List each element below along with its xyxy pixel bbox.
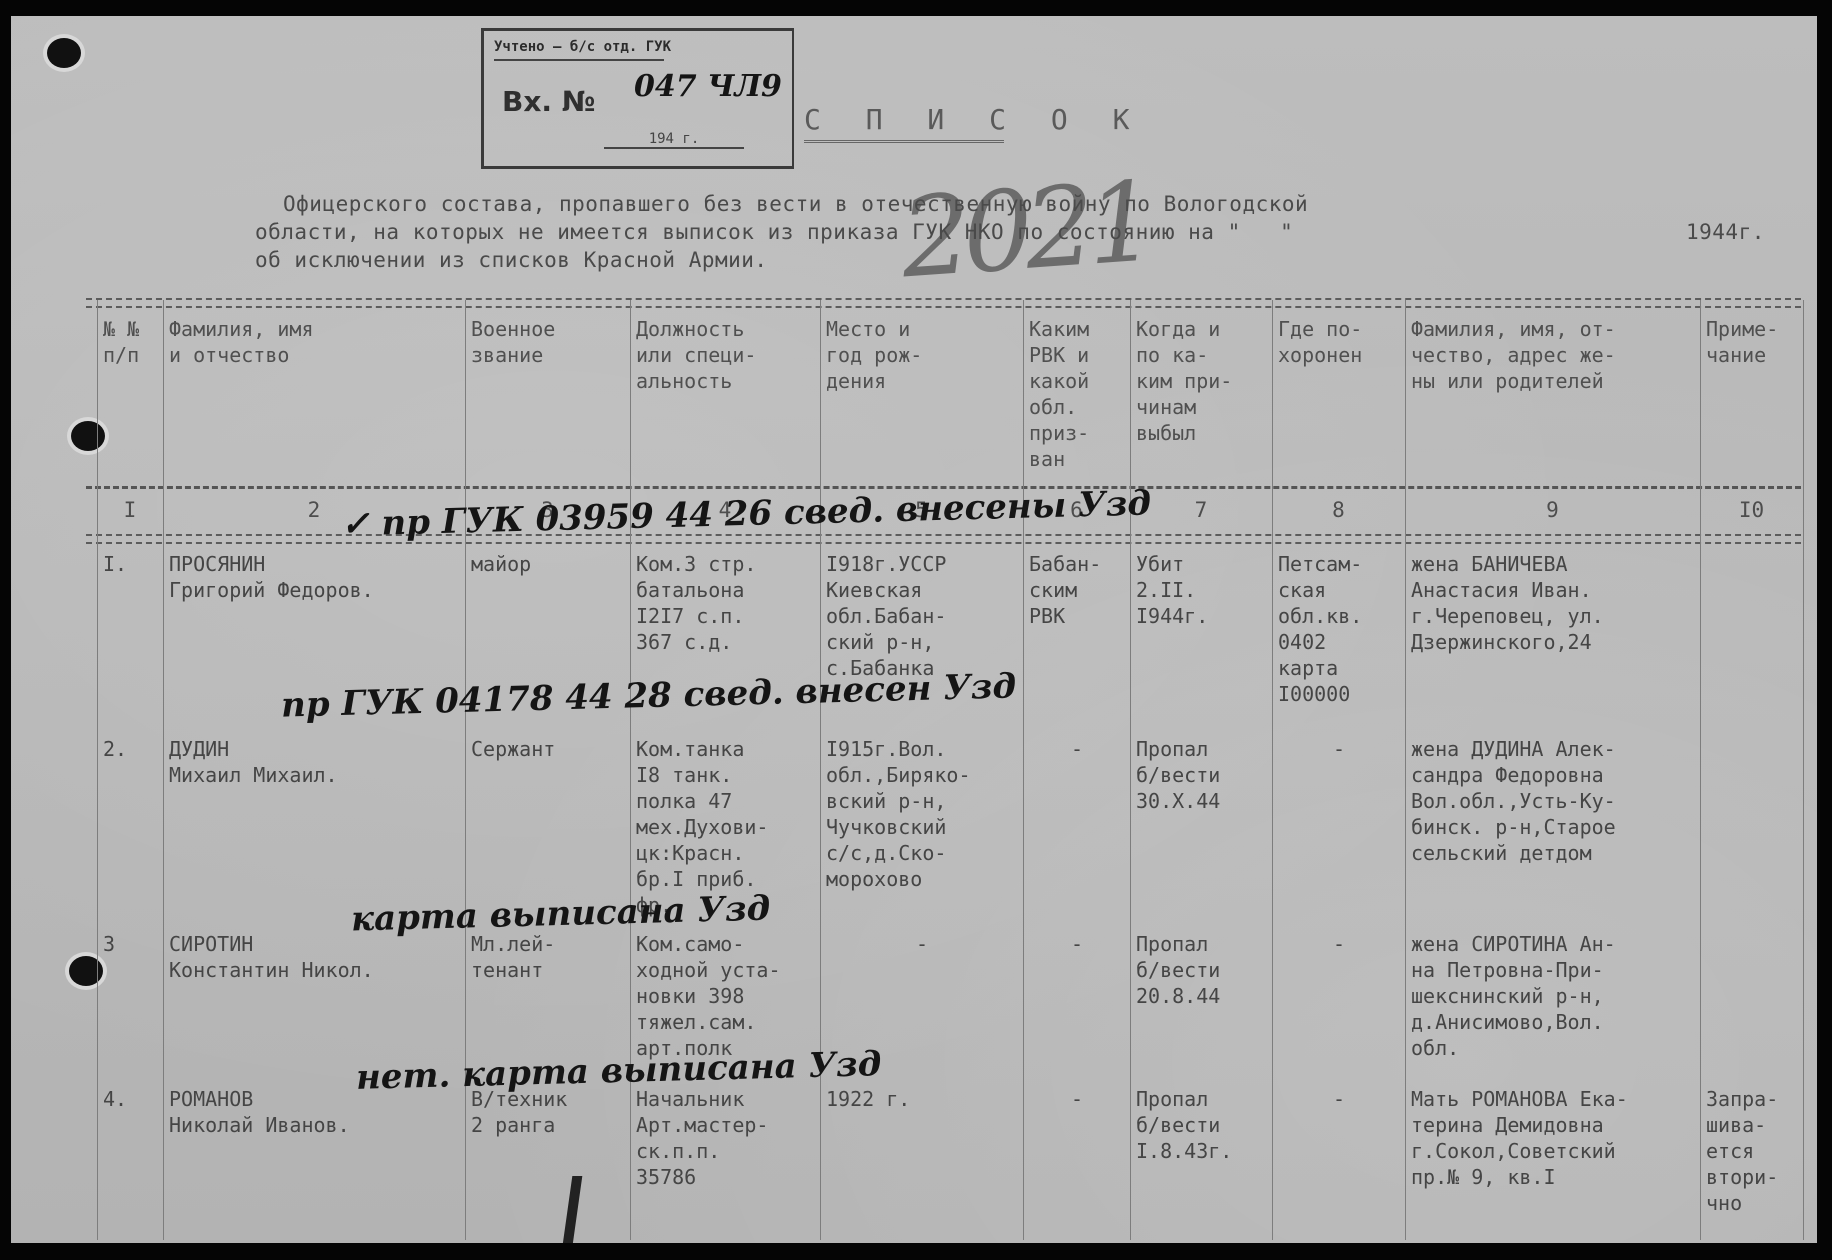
cell-position: Ком.3 стр. батальона I2I7 с.п. 367 с.д. — [636, 551, 756, 655]
document-page: Учтено — б/с отд. ГУК Вх. № 047 ЧЛ9 194 … — [11, 16, 1817, 1243]
punch-hole — [47, 38, 81, 68]
cell-num: I. — [103, 551, 127, 577]
stamp-incoming-number: 047 ЧЛ9 — [634, 69, 782, 104]
table-top-rule — [86, 298, 1801, 308]
column-divider — [1803, 300, 1804, 1240]
cell-birth: I918г.УССР Киевская обл.Бабан- ский р-н,… — [826, 551, 946, 681]
column-header-relatives: Фамилия, имя, от- чество, адрес же- ны и… — [1411, 316, 1616, 394]
cell-relatives: жена ДУДИНА Алек- сандра Федоровна Вол.о… — [1411, 736, 1616, 866]
column-divider — [820, 300, 821, 1240]
cell-buried: - — [1333, 1086, 1345, 1112]
cell-rvk: - — [1071, 931, 1083, 957]
column-divider — [1700, 300, 1701, 1240]
column-number: I — [97, 498, 163, 522]
cell-rvk: - — [1071, 1086, 1083, 1112]
cell-when: Убит 2.II. I944г. — [1136, 551, 1208, 629]
paper-tear — [560, 1176, 583, 1243]
cell-num: 4. — [103, 1086, 127, 1112]
column-header-buried: Где по- хоронен — [1278, 316, 1362, 368]
cell-when: Пропал б/вести 30.X.44 — [1136, 736, 1220, 814]
stamp-line1: Учтено — б/с отд. ГУК — [494, 39, 664, 61]
cell-position: Начальник Арт.мастер- ск.п.п. 35786 — [636, 1086, 768, 1190]
cell-relatives: жена БАНИЧЕВА Анастасия Иван. г.Черепове… — [1411, 551, 1604, 655]
cell-num: 3 — [103, 931, 115, 957]
cell-birth: I915г.Вол. обл.,Биряко- вский р-н, Чучко… — [826, 736, 971, 892]
stamp-year: 194 г. — [604, 131, 744, 149]
column-header-position: Должность или специ- альность — [636, 316, 756, 394]
column-header-birth: Место и год рож- дения — [826, 316, 922, 394]
column-divider — [1023, 300, 1024, 1240]
intro-line-3: об исключении из списков Красной Армии. — [255, 247, 768, 274]
stamp-incoming-label: Вх. № — [502, 85, 595, 118]
cell-when: Пропал б/вести I.8.43г. — [1136, 1086, 1232, 1164]
column-divider — [630, 300, 631, 1240]
cell-buried: - — [1333, 736, 1345, 762]
cell-rank: Мл.лей- тенант — [471, 931, 555, 983]
column-header-rvk: Каким РВК и какой обл. приз- ван — [1029, 316, 1089, 472]
column-number: I0 — [1700, 498, 1803, 522]
cell-num: 2. — [103, 736, 127, 762]
cell-buried: - — [1333, 931, 1345, 957]
column-divider — [1130, 300, 1131, 1240]
cell-buried: Петсам- ская обл.кв. 0402 карта I00000 — [1278, 551, 1362, 707]
intro-line-1: Офицерского состава, пропавшего без вест… — [283, 191, 1308, 218]
column-header-note: Приме- чание — [1706, 316, 1778, 368]
punch-hole — [71, 421, 105, 451]
cell-rank: майор — [471, 551, 531, 577]
cell-rvk: Бабан- ским РВК — [1029, 551, 1101, 629]
cell-note: Запра- шива- ется втори- чно — [1706, 1086, 1778, 1216]
column-divider — [1272, 300, 1273, 1240]
cell-when: Пропал б/вести 20.8.44 — [1136, 931, 1220, 1009]
title-underline — [804, 140, 1004, 143]
column-divider — [465, 300, 466, 1240]
cell-position: Ком.само- ходной уста- новки 398 тяжел.с… — [636, 931, 781, 1061]
intro-year: 1944г. — [1686, 219, 1765, 246]
cell-birth: 1922 г. — [826, 1086, 910, 1112]
cell-rank: Сержант — [471, 736, 555, 762]
cell-name: ДУДИН Михаил Михаил. — [169, 736, 338, 788]
column-header-num: № № п/п — [103, 316, 139, 368]
cell-name: СИРОТИН Константин Никол. — [169, 931, 374, 983]
column-divider — [97, 300, 98, 1240]
cell-birth: - — [916, 931, 928, 957]
column-number: 9 — [1405, 498, 1700, 522]
cell-rvk: - — [1071, 736, 1083, 762]
cell-name: РОМАНОВ Николай Иванов. — [169, 1086, 350, 1138]
column-number: 8 — [1272, 498, 1405, 522]
column-divider — [163, 300, 164, 1240]
column-header-name: Фамилия, имя и отчество — [169, 316, 314, 368]
registration-stamp: Учтено — б/с отд. ГУК Вх. № 047 ЧЛ9 194 … — [481, 28, 794, 169]
cell-relatives: Мать РОМАНОВА Ека- терина Демидовна г.Со… — [1411, 1086, 1628, 1190]
column-header-rank: Военное звание — [471, 316, 555, 368]
handwritten-annotation: пр ГУК 04178 44 28 свед. внесен Узд — [281, 666, 1017, 725]
document-title: С П И С О К — [804, 103, 1143, 136]
column-header-when: Когда и по ка- ким при- чинам выбыл — [1136, 316, 1232, 446]
column-divider — [1405, 300, 1406, 1240]
intro-line-2: области, на которых не имеется выписок и… — [255, 219, 1293, 246]
cell-name: ПРОСЯНИН Григорий Федоров. — [169, 551, 374, 603]
cell-relatives: жена СИРОТИНА Ан- на Петровна-При- шексн… — [1411, 931, 1616, 1061]
handwritten-annotation: нет. карта выписана Узд — [356, 1044, 882, 1098]
